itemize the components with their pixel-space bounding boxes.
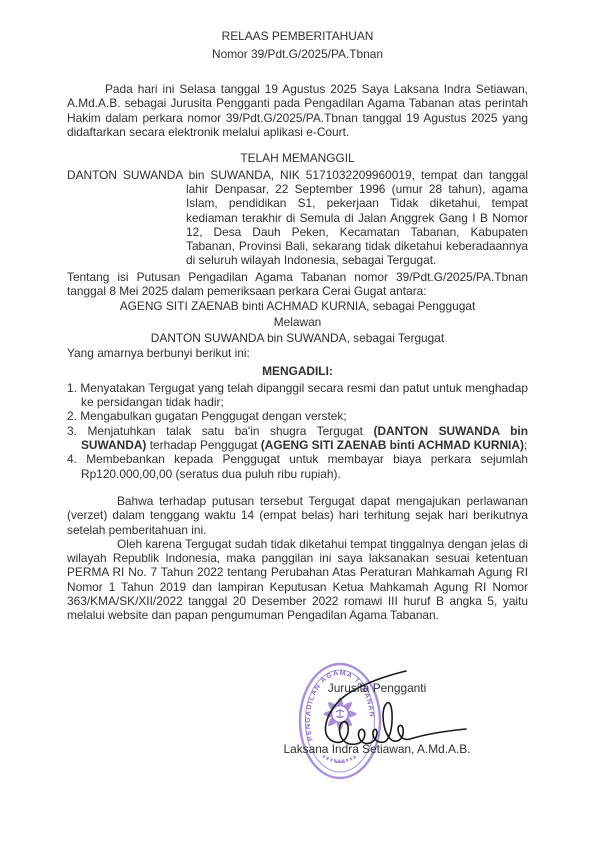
publication-method-paragraph: Oleh karena Tergugat sudah tidak diketah… (67, 537, 528, 623)
ruling-heading: MENGADILI: (67, 364, 528, 378)
ruling-item-1-text: Menyatakan Tergugat yang telah dipanggil… (80, 381, 528, 409)
ruling-item-3-plaintiff-name: (AGENG SITI ZAENAB binti ACHMAD KURNIA) (261, 438, 524, 452)
versus-label: Melawan (67, 315, 528, 329)
plaintiff-line: AGENG SITI ZAENAB binti ACHMAD KURNIA, s… (67, 299, 528, 313)
about-decision-paragraph: Tentang isi Putusan Pengadilan Agama Tab… (67, 270, 528, 299)
defendant-line: DANTON SUWANDA bin SUWANDA, sebagai Terg… (67, 331, 528, 345)
ruling-item-2: 2. Mengabulkan gugatan Penggugat dengan … (67, 409, 528, 423)
ruling-item-2-number: 2. (67, 409, 77, 423)
amar-intro: Yang amarnya berbunyi berikut ini: (67, 346, 528, 360)
ruling-item-1-number: 1. (67, 381, 77, 395)
ruling-item-2-text: Mengabulkan gugatan Penggugat dengan ver… (80, 409, 346, 423)
opening-paragraph: Pada hari ini Selasa tanggal 19 Agustus … (67, 82, 528, 139)
summons-heading: TELAH MEMANGGIL (67, 151, 528, 165)
ruling-item-3-text-mid: terhadap Penggugat (146, 438, 260, 452)
ruling-item-3: 3. Menjatuhkan talak satu ba'in shugra T… (67, 424, 528, 453)
case-number: Nomor 39/Pdt.G/2025/PA.Tbnan (67, 46, 528, 64)
ruling-item-4-text: Membebankan kepada Penggugat untuk memba… (81, 452, 528, 480)
ruling-item-3-number: 3. (67, 424, 77, 438)
ruling-item-4-number: 4. (67, 452, 77, 466)
ruling-item-4: 4. Membebankan kepada Penggugat untuk me… (67, 452, 528, 481)
summoned-party-paragraph: DANTON SUWANDA bin SUWANDA, NIK 51710322… (67, 168, 528, 268)
document-title: RELAAS PEMBERITAHUAN (67, 28, 528, 46)
signature-scribble (306, 662, 476, 762)
document-body: RELAAS PEMBERITAHUAN Nomor 39/Pdt.G/2025… (67, 28, 528, 623)
ruling-list: 1. Menyatakan Tergugat yang telah dipang… (67, 381, 528, 481)
ruling-item-3-text-pre: Menjatuhkan talak satu ba'in shugra Terg… (87, 424, 373, 438)
document-page: RELAAS PEMBERITAHUAN Nomor 39/Pdt.G/2025… (0, 0, 595, 842)
verzet-notice-paragraph: Bahwa terhadap putusan tersebut Tergugat… (67, 494, 528, 537)
ruling-item-1: 1. Menyatakan Tergugat yang telah dipang… (67, 381, 528, 410)
ruling-item-3-text-post: ; (524, 438, 527, 452)
